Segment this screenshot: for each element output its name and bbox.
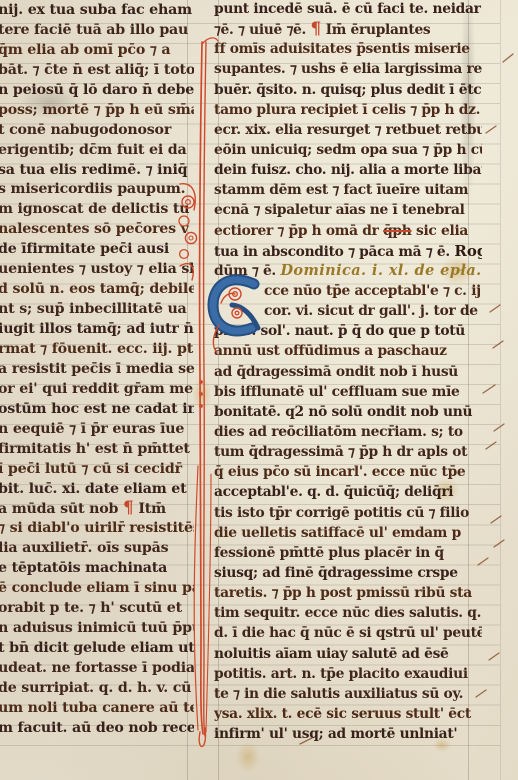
- text-line: ecnā ⁊ sipaletur aīas ne ī tenebral: [214, 200, 482, 220]
- text-line: s misericordiis paupum.: [0, 180, 194, 200]
- text-line: potitis. art. n. tp̄e placito exaudiui: [214, 664, 482, 684]
- text-line: siusq; ad finē q̄dragessime crspe: [214, 563, 482, 583]
- text-line: ff omīs aduisitates p̄sentis miserie: [214, 39, 482, 59]
- text-line: tim sequitr. ecce nūc dies salutis. q.: [214, 603, 482, 623]
- text-line: bonitatē. q2 nō solū ondit nob unū: [214, 402, 482, 422]
- text-line: acceptabl'e. q. d. q̄uicūq̄; deliq̄ri: [214, 482, 482, 502]
- stain: [192, 378, 212, 410]
- text-line: m ignoscat de delictis tu: [0, 200, 194, 220]
- text-line: infirm' ul' usq; ad mortē unlniat': [214, 724, 482, 744]
- text-line: ectiorer ⁊ p̄p h omā dr q̄ph sic elia: [214, 221, 482, 241]
- text-line: cce nūo tp̄e acceptabl'e ⁊ c. ij.: [214, 281, 482, 301]
- red-paragraph-mark: ¶: [123, 499, 134, 518]
- text-line: ī pec̄i lutū ⁊ cū si cecidr̄: [0, 460, 194, 480]
- text-segment: q̄ph: [383, 223, 411, 239]
- text-line: lia auxilietr̄. oīs supās: [0, 539, 194, 559]
- text-line: te ⁊ in die salutis auxiliatus sū oy.: [214, 684, 482, 704]
- text-line: orabit p te. ⁊ h' scutū et: [0, 599, 194, 619]
- text-line: t bn̄ dicit gelude eliam ut.: [0, 639, 194, 659]
- text-line: iugit illos tamq̄; ad iutr n̄: [0, 320, 194, 340]
- text-line: supantes. ⁊ ushs ē elia largissima retō: [214, 59, 482, 79]
- text-line: ecr. xix. elia resurget ⁊ retbuet retbu: [214, 120, 482, 140]
- text-line: ad q̄dragessimā ondit nob ī husū: [214, 362, 482, 382]
- text-line: taretis. ⁊ p̄p h post pmissū ribū sta: [214, 583, 482, 603]
- manuscript-page: nij. ex tua suba fac ehamtere faciē tuā …: [0, 0, 518, 780]
- text-line: ⁊ si diabl'o uirilr̄ resistitēs: [0, 519, 194, 539]
- text-line: nalescentes sō pec̄ores v: [0, 220, 194, 240]
- text-line: ⁊ē. ⁊ uiuē ⁊ē. ¶ Im̄ ēruplantes: [214, 19, 482, 39]
- red-paragraph-mark: ¶: [311, 19, 322, 39]
- text-line: bāt. ⁊ c̄te n̄ est aliq̄; ī toto: [0, 61, 194, 81]
- text-line: nt s; sup̄ inbecillitatē ua: [0, 300, 194, 320]
- text-line: d. ī die hac q̄ nūc ē si qstrū ul' peutē: [214, 623, 482, 643]
- text-segment: Roge: [454, 242, 482, 260]
- text-line: um noli tuba canere aū te: [0, 699, 194, 719]
- text-line: uenientes ⁊ ustoy ⁊ elia sb: [0, 260, 194, 280]
- text-line: bit. luc̄. xi. date eliam et: [0, 480, 194, 500]
- text-line: punt incedē suā. ē cū faci te. neidar: [214, 0, 482, 19]
- text-line: ysa. xlix. t. ecē sic seruus stult' ēct: [214, 704, 482, 724]
- text-line: n aduisus inimicū tuū p̄pu: [0, 619, 194, 639]
- text-line: ē conclude eliam ī sinu pau: [0, 579, 194, 599]
- text-line: n peiosū q̄ lō daro n̄ debet: [0, 81, 194, 101]
- text-line: sa tua elis redimē. ⁊ iniq̄: [0, 161, 194, 181]
- text-line: n eequiē ⁊ ī p̄r euras īue: [0, 420, 194, 440]
- text-line: eōin unicuiq; sedm opa sua ⁊ p̄p h cū: [214, 140, 482, 160]
- text-line: bis ifflunatē ul' ceffluam sue mīe: [214, 382, 482, 402]
- text-line: tere faciē tuā ab illo pau: [0, 21, 194, 41]
- text-line: ostūm hoc est ne cadat in: [0, 400, 194, 420]
- text-line: a resistit pec̄is ī media seq̄.: [0, 360, 194, 380]
- text-line: udeat. ne fortasse ī podiat: [0, 659, 194, 679]
- text-line: pit. c. sol'. naut. p̄ q̄ do que p totū: [214, 321, 482, 341]
- text-line: d solū n. eos tamq̄; debiles: [0, 280, 194, 300]
- text-line: de īfirmitate pec̄i ausi: [0, 240, 194, 260]
- text-line: or ei' qui reddit gr̄am me: [0, 380, 194, 400]
- text-line: buēr. q̄sito. n. quisq; plus dedit ī ētc: [214, 80, 482, 100]
- left-text-column: nij. ex tua suba fac ehamtere faciē tuā …: [0, 1, 194, 739]
- rubric-heading: Dominica. i. xl. de epła.: [280, 262, 481, 279]
- text-line: e tēptatōis machinata: [0, 559, 194, 579]
- text-line: tua in abscondito ⁊ pāca mā ⁊ ē. Roge: [214, 241, 482, 261]
- text-line: m facuit. aū deo nob rece: [0, 719, 194, 739]
- text-line: nij. ex tua suba fac eham: [0, 1, 194, 21]
- right-text-column: punt incedē suā. ē cū faci te. neidar⁊ē.…: [214, 0, 482, 744]
- text-line: a mūda sūt nob ¶ Itm̄: [0, 499, 194, 519]
- text-line: de surripiat. q. d. h. v. cū: [0, 679, 194, 699]
- text-line: cor. vi. sicut dr gall'. j. tor de tes: [214, 301, 482, 321]
- text-line: dūm ⁊ ē. Dominica. i. xl. de epła.: [214, 261, 482, 281]
- text-line: firmitatis h' est n̄ pm̄ttet: [0, 440, 194, 460]
- text-line: rmat ⁊ fōuenit. ecc. iij. pt: [0, 340, 194, 360]
- text-line: fessionē pm̄ttē plus placēr in q̄: [214, 543, 482, 563]
- text-line: t conē nabugodonosor: [0, 121, 194, 141]
- text-line: erigentib; dc̄m fuit ei da: [0, 141, 194, 161]
- text-line: annū ust offūdimus a paschauz: [214, 341, 482, 361]
- text-line: tum q̄dragessimā ⁊ p̄p h dr apls ot: [214, 442, 482, 462]
- text-line: dein fuisz. cho. nij. alia a morte libat: [214, 160, 482, 180]
- text-line: tis isto tp̄r corrigē potitis cū ⁊ filio: [214, 503, 482, 523]
- text-line: dies ad reōciliatōm necr̄iam. s; to: [214, 422, 482, 442]
- text-line: stamm dēm est ⁊ fact īueīre uitam: [214, 180, 482, 200]
- text-line: q̄ eius pc̄o sū incarl'. ecce nūc tp̄e: [214, 462, 482, 482]
- text-line: poss; mortē ⁊ p̄p h eū sm̄a: [0, 101, 194, 121]
- text-line: q̄m elia ab omī pc̄o ⁊ a: [0, 41, 194, 61]
- text-line: tamo plura recipiet ī celis ⁊ p̄p h dz.: [214, 100, 482, 120]
- stain: [236, 742, 260, 772]
- margin-rule: [500, 0, 501, 780]
- text-segment: dūm ⁊ ē.: [214, 263, 280, 279]
- text-line: die uelletis satiffacē ul' emdam p: [214, 523, 482, 543]
- text-line: noluitis aīam uiay salutē ad ēsē: [214, 644, 482, 664]
